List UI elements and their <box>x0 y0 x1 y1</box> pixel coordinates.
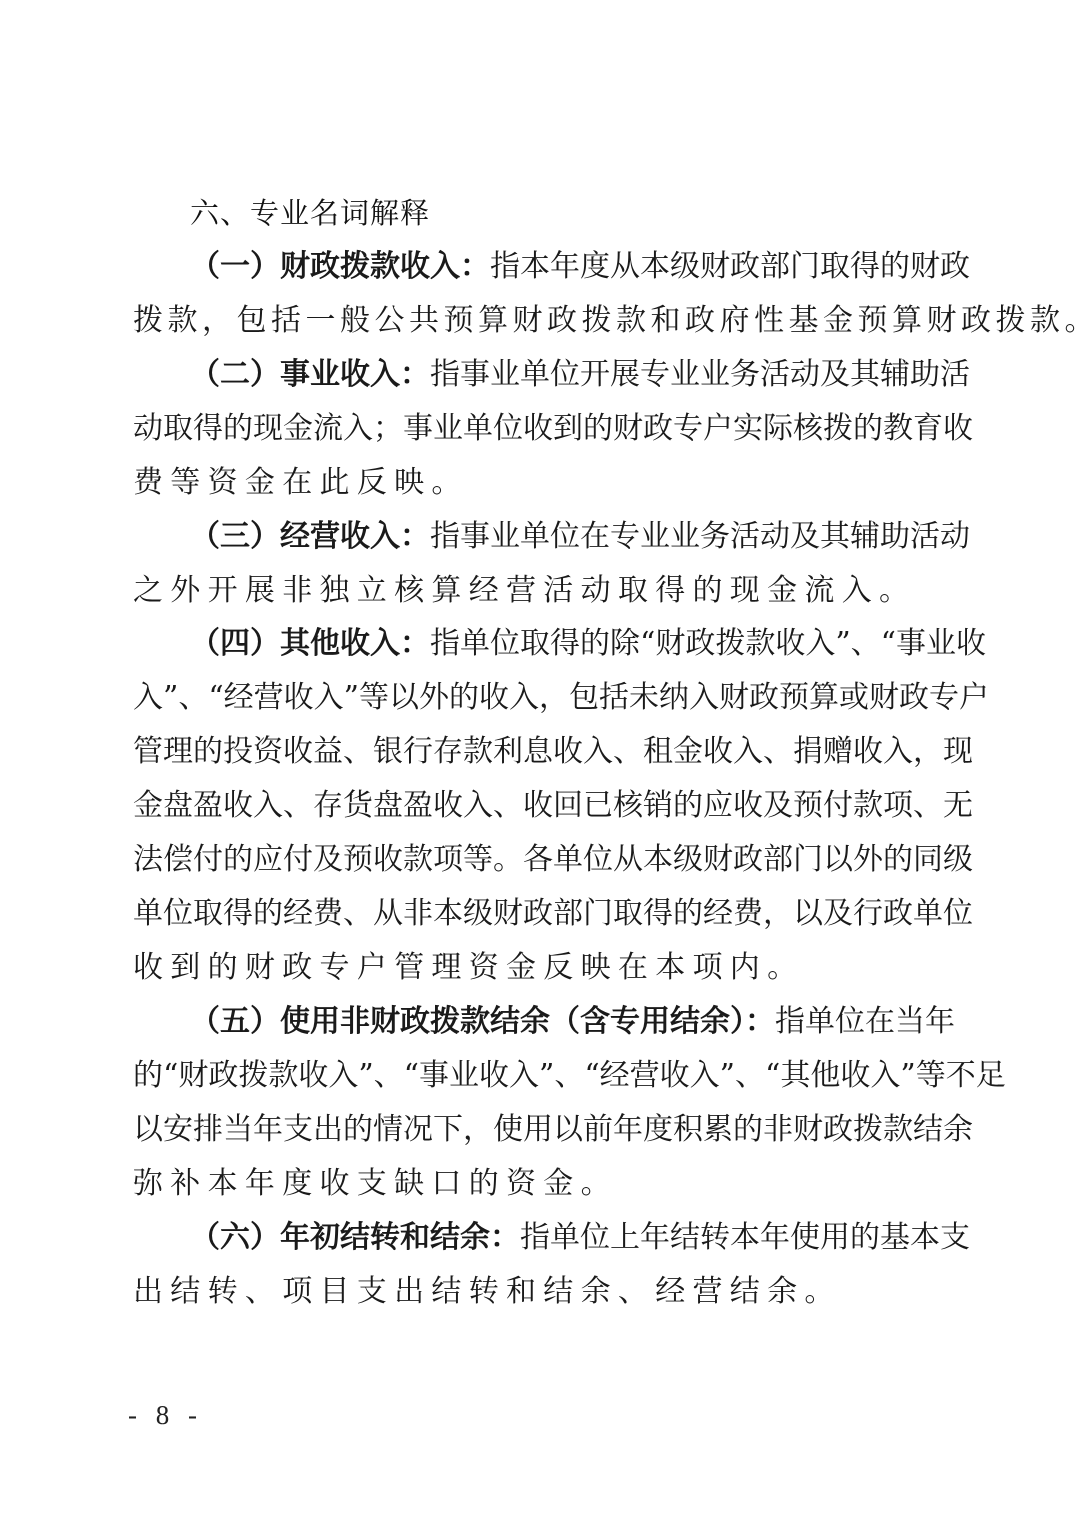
paragraph-5-line-3: 以安排当年支出的情况下，使用以前年度积累的非财政拨款结余 <box>133 1103 943 1157</box>
definition-text: 指事业单位开展专业业务活动及其辅助活 <box>430 357 970 392</box>
paragraph-6-line-2: 出结转、项目支出结转和结余、经营结余。 <box>133 1265 943 1319</box>
paragraph-2-line-1: （二）事业收入：指事业单位开展专业业务活动及其辅助活 <box>190 348 943 402</box>
term-label: （二）事业收入： <box>190 357 430 392</box>
paragraph-3-line-2: 之外开展非独立核算经营活动取得的现金流入。 <box>133 564 943 618</box>
paragraph-1-line-2: 拨款，包括一般公共预算财政拨款和政府性基金预算财政拨款。 <box>133 294 943 348</box>
paragraph-4-line-6: 单位取得的经费、从非本级财政部门取得的经费，以及行政单位 <box>133 887 943 941</box>
term-label: （三）经营收入： <box>190 519 430 554</box>
paragraph-1-line-1: （一）财政拨款收入：指本年度从本级财政部门取得的财政 <box>190 240 943 294</box>
paragraph-4-line-3: 管理的投资收益、银行存款利息收入、租金收入、捐赠收入，现 <box>133 725 943 779</box>
definition-text: 指本年度从本级财政部门取得的财政 <box>490 249 970 284</box>
paragraph-2-line-2: 动取得的现金流入；事业单位收到的财政专户实际核拨的教育收 <box>133 402 943 456</box>
page-number: - 8 - <box>128 1400 203 1431</box>
paragraph-6-line-1: （六）年初结转和结余：指单位上年结转本年使用的基本支 <box>190 1211 943 1265</box>
paragraph-5-line-2: 的“财政拨款收入”、“事业收入”、“经营收入”、“其他收入”等不足 <box>133 1049 943 1103</box>
definition-text: 指事业单位在专业业务活动及其辅助活动 <box>430 519 970 554</box>
term-label: （六）年初结转和结余： <box>190 1220 520 1255</box>
definition-text: 指单位上年结转本年使用的基本支 <box>520 1220 970 1255</box>
paragraph-4-line-2: 入”、“经营收入”等以外的收入，包括未纳入财政预算或财政专户 <box>133 671 943 725</box>
paragraph-2-line-3: 费等资金在此反映。 <box>133 456 943 510</box>
paragraph-5-line-4: 弥补本年度收支缺口的资金。 <box>133 1157 943 1211</box>
paragraph-4-line-5: 法偿付的应付及预收款项等。各单位从本级财政部门以外的同级 <box>133 833 943 887</box>
paragraph-5-line-1: （五）使用非财政拨款结余（含专用结余）：指单位在当年 <box>190 995 943 1049</box>
paragraph-3-line-1: （三）经营收入：指事业单位在专业业务活动及其辅助活动 <box>190 510 943 564</box>
document-page: 六、专业名词解释 （一）财政拨款收入：指本年度从本级财政部门取得的财政 拨款，包… <box>0 0 1075 1520</box>
paragraph-4-line-4: 金盘盈收入、存货盘盈收入、收回已核销的应收及预付款项、无 <box>133 779 943 833</box>
term-label: （五）使用非财政拨款结余（含专用结余）： <box>190 1004 775 1039</box>
term-label: （四）其他收入： <box>190 626 430 661</box>
term-label: （一）财政拨款收入： <box>190 249 490 284</box>
paragraph-4-line-7: 收到的财政专户管理资金反映在本项内。 <box>133 941 943 995</box>
definition-text: 指单位在当年 <box>775 1004 955 1039</box>
paragraph-4-line-1: （四）其他收入：指单位取得的除“财政拨款收入”、“事业收 <box>190 617 943 671</box>
definition-text: 指单位取得的除“财政拨款收入”、“事业收 <box>430 626 986 661</box>
section-heading: 六、专业名词解释 <box>190 186 430 240</box>
